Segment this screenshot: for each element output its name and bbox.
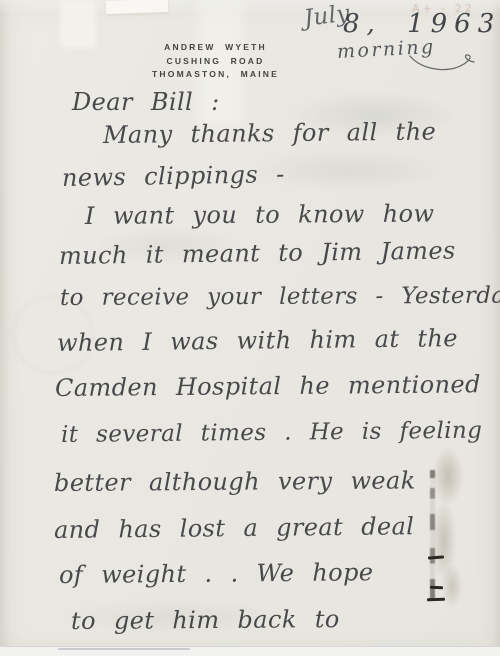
tape-residue-top xyxy=(106,0,168,14)
body-line: I want you to know how xyxy=(85,200,435,230)
letter-paper: A+ - 22 July 8, 1963 morning ANDREW WYET… xyxy=(0,0,500,656)
ink-dash xyxy=(427,598,445,602)
body-line: to get him back to xyxy=(71,605,340,635)
letterhead: ANDREW WYETH CUSHING ROAD THOMASTON, MAI… xyxy=(128,41,303,82)
salutation-line: Dear Bill : xyxy=(72,88,220,116)
tape-residue-patch xyxy=(60,0,96,48)
body-line: of weight . . We hope xyxy=(59,558,374,589)
letterhead-name: ANDREW WYETH xyxy=(128,41,303,55)
body-line: to receive your letters - Yesterday xyxy=(60,283,500,311)
body-line: Camden Hospital he mentioned xyxy=(55,370,481,402)
body-line: better although very weak xyxy=(54,466,416,497)
scan-edge-line xyxy=(58,648,190,650)
date-day-year: 8, 1963 xyxy=(343,9,500,39)
body-line: when I was with him at the xyxy=(57,324,458,357)
stain-streak xyxy=(418,436,470,608)
pen-flourish-icon xyxy=(408,50,478,76)
body-line: Many thanks for all the xyxy=(103,118,436,149)
body-line: and has lost a great deal xyxy=(54,512,415,544)
stain-dark-streak xyxy=(430,470,435,600)
body-line: much it meant to Jim James xyxy=(59,236,456,270)
ink-dash xyxy=(430,586,443,590)
body-line: news clippings - xyxy=(62,160,285,192)
letterhead-road: CUSHING ROAD xyxy=(128,55,303,69)
letterhead-city: THOMASTON, MAINE xyxy=(128,68,303,82)
